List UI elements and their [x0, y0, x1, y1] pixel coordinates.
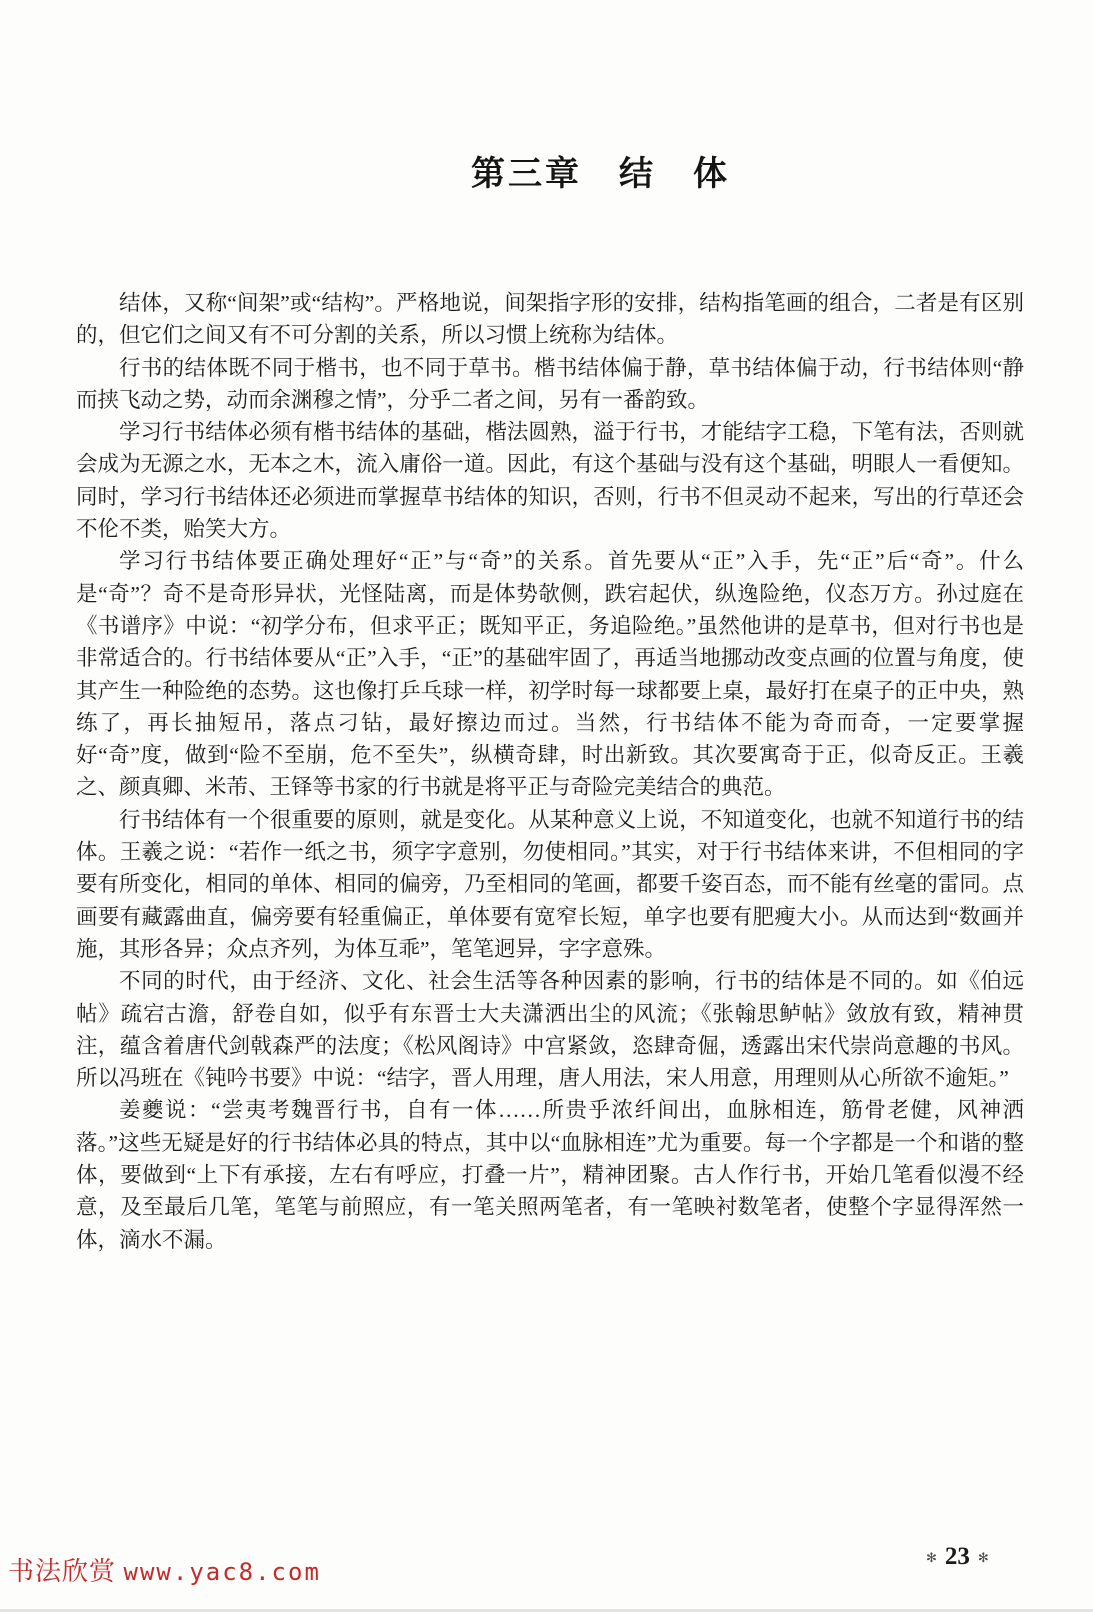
paragraph: 行书结体有一个很重要的原则，就是变化。从某种意义上说，不知道变化，也就不知道行书…: [76, 804, 1024, 965]
ornament-left-icon: ✻: [926, 1551, 937, 1564]
paragraph: 姜夔说：“尝夷考魏晋行书，自有一体……所贵乎浓纤间出，血脉相连，筋骨老健，风神洒…: [76, 1094, 1024, 1255]
watermark: 书法欣赏 www.yac8.com: [8, 1551, 321, 1588]
paragraph: 结体，又称“间架”或“结构”。严格地说，间架指字形的安排，结构指笔画的组合，二者…: [76, 287, 1024, 352]
paragraph: 学习行书结体要正确处理好“正”与“奇”的关系。首先要从“正”入手，先“正”后“奇…: [76, 545, 1024, 803]
paragraph: 不同的时代，由于经济、文化、社会生活等各种因素的影响，行书的结体是不同的。如《伯…: [76, 965, 1024, 1094]
page-title: 第三章 结 体: [0, 146, 1093, 195]
paragraph: 学习行书结体必须有楷书结体的基础，楷法圆熟，溢于行书，才能结字工稳，下笔有法，否…: [76, 416, 1024, 545]
ornament-right-icon: ✻: [978, 1551, 989, 1564]
body-text: 结体，又称“间架”或“结构”。严格地说，间架指字形的安排，结构指笔画的组合，二者…: [76, 287, 1024, 1256]
watermark-url: www.yac8.com: [124, 1558, 321, 1586]
page-number: 23: [945, 1543, 970, 1571]
book-page: 第三章 结 体 结体，又称“间架”或“结构”。严格地说，间架指字形的安排，结构指…: [0, 0, 1093, 1612]
paragraph: 行书的结体既不同于楷书，也不同于草书。楷书结体偏于静，草书结体偏于动，行书结体则…: [76, 352, 1024, 417]
watermark-site-name: 书法欣赏: [8, 1557, 116, 1586]
page-number-block: ✻ 23 ✻: [926, 1543, 989, 1571]
